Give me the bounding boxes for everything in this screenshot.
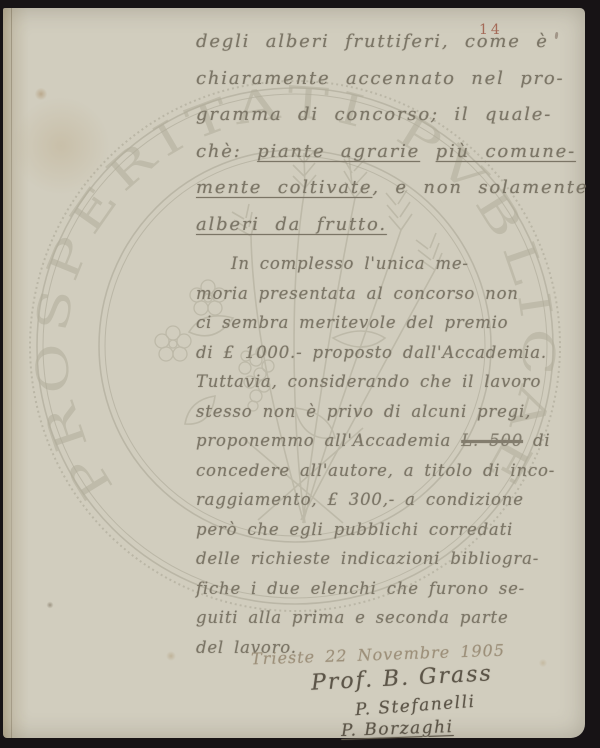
handwritten-text: ci sembra meritevole del premio [196, 313, 508, 332]
handwritten-line: concedere all'autore, a titolo di inco- [196, 456, 588, 486]
signature-3: P. Borzaghi [341, 717, 454, 741]
letter-body: degli alberi fruttiferi, come èchiaramen… [196, 24, 588, 662]
underlined-text: alberi da frutto. [196, 214, 387, 235]
handwritten-line: Tuttavia, considerando che il lavoro [196, 367, 588, 397]
handwritten-line: alberi da frutto. [196, 207, 588, 244]
handwritten-line: delle richieste indicazioni bibliogra- [196, 544, 588, 574]
document-page: PROSPERITATI PVBLICAE [3, 8, 585, 738]
handwritten-text: guiti alla prima e seconda parte [196, 608, 509, 627]
handwritten-text: stesso non è privo di alcuni pregi, [196, 402, 531, 421]
handwritten-text: delle richieste indicazioni bibliogra- [196, 549, 539, 568]
binding-crease [11, 8, 12, 738]
handwritten-text: chiaramente accennato nel pro- [196, 68, 564, 89]
handwritten-text: raggiamento, £ 300,- a condizione [196, 490, 524, 509]
handwritten-line: mente coltivate, e non solamente [196, 170, 588, 207]
handwritten-text: proponemmo all'Accademia [196, 431, 461, 450]
handwritten-line: guiti alla prima e seconda parte [196, 603, 588, 633]
handwritten-text: degli alberi fruttiferi, come è [196, 31, 549, 52]
underlined-text: piante agrarie [257, 141, 420, 162]
handwritten-text: , e non solamente [372, 177, 588, 198]
handwritten-line: degli alberi fruttiferi, come è [196, 24, 588, 61]
underlined-text: mente coltivate [196, 177, 372, 198]
handwritten-text: moria presentata al concorso non [196, 284, 519, 303]
handwritten-text: di £ 1000.- proposto dall'Accademia. [196, 343, 547, 362]
handwritten-line: gramma di concorso; il quale- [196, 97, 588, 134]
handwritten-line: moria presentata al concorso non [196, 279, 588, 309]
handwritten-line: ci sembra meritevole del premio [196, 308, 588, 338]
handwritten-line: raggiamento, £ 300,- a condizione [196, 485, 588, 515]
handwritten-text: di [523, 431, 550, 450]
handwritten-text: fiche i due elenchi che furono se- [196, 579, 525, 598]
handwritten-line: fiche i due elenchi che furono se- [196, 574, 588, 604]
handwritten-line: di £ 1000.- proposto dall'Accademia. [196, 338, 588, 368]
handwritten-line: chiaramente accennato nel pro- [196, 61, 588, 98]
handwritten-text: gramma di concorso; il quale- [196, 104, 552, 125]
handwritten-text: però che egli pubblichi corredati [196, 520, 513, 539]
underlined-text: più comune- [436, 141, 576, 162]
struck-text: L. 500 [461, 431, 523, 450]
handwritten-line: proponemmo all'Accademia L. 500 di [196, 426, 588, 456]
handwritten-line: però che egli pubblichi corredati [196, 515, 588, 545]
handwritten-line: chè: piante agrarie più comune- [196, 134, 588, 171]
handwritten-text [420, 141, 436, 162]
handwritten-text: Tuttavia, considerando che il lavoro [196, 372, 541, 391]
scan-frame: PROSPERITATI PVBLICAE [0, 0, 600, 748]
handwritten-text: chè: [196, 141, 257, 162]
handwritten-line: In complesso l'unica me- [196, 249, 588, 279]
handwritten-text: In complesso l'unica me- [231, 254, 469, 273]
paragraph-2: In complesso l'unica me-moria presentata… [196, 249, 588, 662]
handwritten-line: stesso non è privo di alcuni pregi, [196, 397, 588, 427]
handwritten-text: concedere all'autore, a titolo di inco- [196, 461, 555, 480]
paragraph-1: degli alberi fruttiferi, come èchiaramen… [196, 24, 588, 243]
